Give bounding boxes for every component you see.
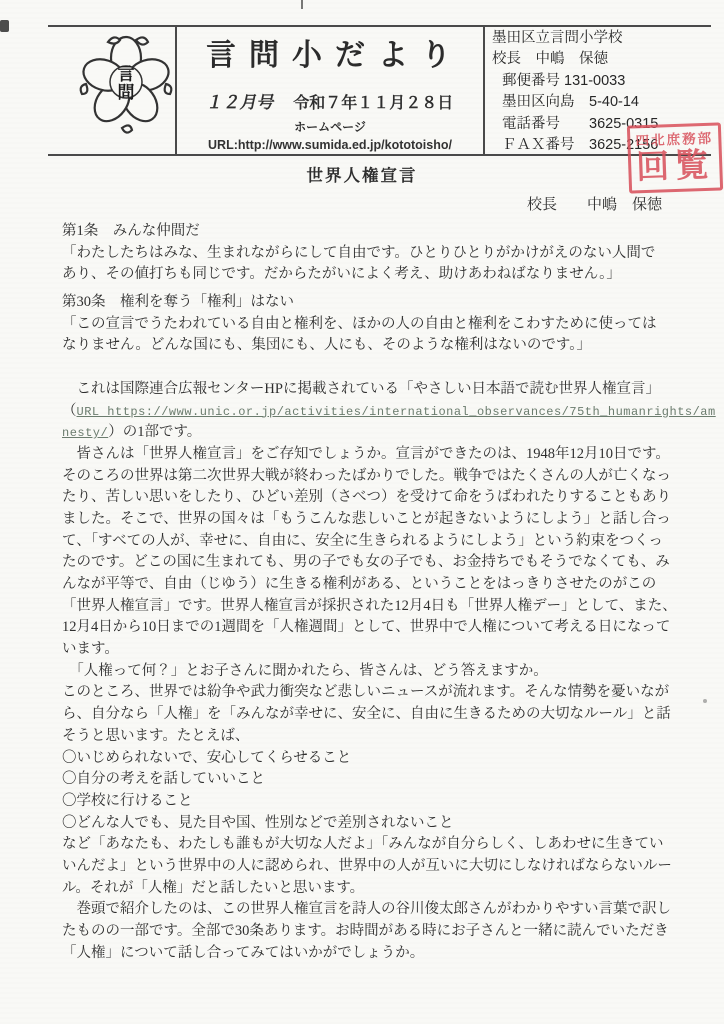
body-line: なりません。どんな国にも、集団にも、人にも、そのような権利はないのです。」 xyxy=(62,335,712,357)
body-line: nesty/）の1部です。 xyxy=(62,422,712,444)
body-line: 12月4日から10日までの1週間を「人権週間」として、世界中で人権について考える… xyxy=(62,617,712,639)
newsletter-title: 言問小だより xyxy=(190,30,480,74)
emblem-char-bottom: 問 xyxy=(118,83,135,102)
header-top-rule xyxy=(48,25,711,27)
body-line: たものの一部です。全部で30条あります。お時間がある時にお子さんと一緒に読んでい… xyxy=(62,921,712,943)
body-line: このところ、世界では紛争や武力衝突など悲しいニュースが流れます。そんな情勢を憂い… xyxy=(62,682,712,704)
printed-url-text: URL https://www.unic.or.jp/activities/in… xyxy=(77,405,716,419)
emblem-char-top: 言 xyxy=(118,65,135,84)
issue-date: 令和７年１１月２８日 xyxy=(293,95,453,112)
body-line: 〇学校に行けること xyxy=(62,791,712,813)
school-address: 墨田区向島 5-40-14 xyxy=(492,92,717,113)
body-line: います。 xyxy=(62,639,712,661)
body-line: これは国際連合広報センターHPに掲載されている「やさしい日本語で読む世界人権宣言… xyxy=(62,379,712,401)
homepage-url: URL:http://www.sumida.ed.jp/kototoisho/ xyxy=(180,138,480,152)
scanned-newsletter-page: 言 問 言問小だより １２月号 令和７年１１月２８日 ホームページ URL:ht… xyxy=(0,0,724,1024)
body-line: 第30条 権利を奪う「権利」はない xyxy=(62,292,712,314)
stamp-kairan-label: 回覧 xyxy=(636,147,715,186)
body-line: 「わたしたちはみな、生まれながらにして自由です。ひとりひとりがかけがえのない人間… xyxy=(62,243,712,265)
body-line: んなが平等で、自由（じゆう）に生きる権利がある、ということをはっきりさせたのがこ… xyxy=(62,574,712,596)
body-line: 「世界人権宣言」です。世界人権宣言が採択された12月4日も「世界人権デー」として… xyxy=(62,596,712,618)
scan-speck xyxy=(301,0,303,9)
school-emblem: 言 問 xyxy=(78,32,174,136)
circulation-stamp: 四北庶務部 回覧 xyxy=(627,122,723,193)
scan-speck xyxy=(0,20,9,32)
school-name: 墨田区立言問小学校 xyxy=(492,28,717,49)
text-segment: ）の1部です。 xyxy=(108,424,201,440)
body-line: 巻頭で紹介したのは、この世界人権宣言を詩人の谷川俊太郎さんがわかりやすい言葉で訳… xyxy=(62,899,712,921)
body-line: 〇自分の考えを話していいこと xyxy=(62,769,712,791)
article-byline: 校長 中嶋 保徳 xyxy=(52,193,676,214)
body-line: 〇どんな人でも、見た目や国、性別などで差別されないこと xyxy=(62,813,712,835)
body-line: て、「すべての人が、幸せに、自由に、安全に生きられるようにしよう」という約束をつ… xyxy=(62,531,712,553)
body-line: 〇いじめられないで、安心してくらせること xyxy=(62,748,712,770)
body-line: そうと思います。たとえば、 xyxy=(62,726,712,748)
article-title: 世界人権宣言 xyxy=(52,162,672,186)
body-line: （URL https://www.unic.or.jp/activities/i… xyxy=(62,401,712,423)
issue-label: １２月号 xyxy=(204,88,277,113)
header-divider-right xyxy=(483,25,485,154)
postal-code: 郵便番号 131-0033 xyxy=(492,71,717,92)
body-line: たのです。どこの国に生まれても、男の子でも女の子でも、お金持ちでもそうでなくても… xyxy=(62,552,712,574)
issue-row: １２月号 令和７年１１月２８日 xyxy=(180,88,480,113)
text-segment: （ xyxy=(62,403,77,419)
body-line: 「人権って何？」とお子さんに聞かれたら、皆さんは、どう答えますか。 xyxy=(62,661,712,683)
body-line: ら、自分なら「人権」を「みんなが幸せに、安全に、自由に生きるための大切なルール」… xyxy=(62,704,712,726)
blank-line xyxy=(62,357,712,379)
body-line: ル。それが「人権」だと話したいと思います。 xyxy=(62,878,712,900)
body-lines: 第1条 みんな仲間だ「わたしたちはみな、生まれながらにして自由です。ひとりひとり… xyxy=(62,221,712,964)
body-line: 「人権」について話し合ってみてはいかがでしょうか。 xyxy=(62,943,712,965)
cherry-blossom-emblem-icon: 言 問 xyxy=(78,32,174,136)
printed-url-text: nesty/ xyxy=(62,426,108,440)
principal-name: 校長 中嶋 保徳 xyxy=(492,49,717,70)
body-line: いんだよ」という世界中の人に認められ、世界中の人が互いに大切にしなければならない… xyxy=(62,856,712,878)
body-line: など「あなたも、わたしも誰もが大切な人だよ」「みんなが自分らしく、しあわせに生き… xyxy=(62,834,712,856)
body-line: あり、その値打ちも同じです。だからたがいによく考え、助けあわねばなりません。」 xyxy=(62,264,712,286)
header-divider-left xyxy=(175,25,177,154)
masthead: 言問小だより １２月号 令和７年１１月２８日 ホームページ URL:http:/… xyxy=(180,30,480,152)
homepage-label: ホームページ xyxy=(180,118,480,135)
body-line: 「この宣言でうたわれている自由と権利を、ほかの人の自由と権利をこわすために使って… xyxy=(62,314,712,336)
body-line: 皆さんは「世界人権宣言」をご存知でしょうか。宣言ができたのは、1948年12月1… xyxy=(62,444,712,466)
body-line: たり、苦しい思いをしたり、ひどい差別（さべつ）を受けて命をうばわれたりすることも… xyxy=(62,487,712,509)
body-line: ました。そこで、世界の国々は「もうこんな悲しいことが起きないようにしよう」と話し… xyxy=(62,509,712,531)
body-line: そのころの世界は第二次世界大戦が終わったばかりでした。戦争ではたくさんの人が亡く… xyxy=(62,466,712,488)
body-line: 第1条 みんな仲間だ xyxy=(62,221,712,243)
